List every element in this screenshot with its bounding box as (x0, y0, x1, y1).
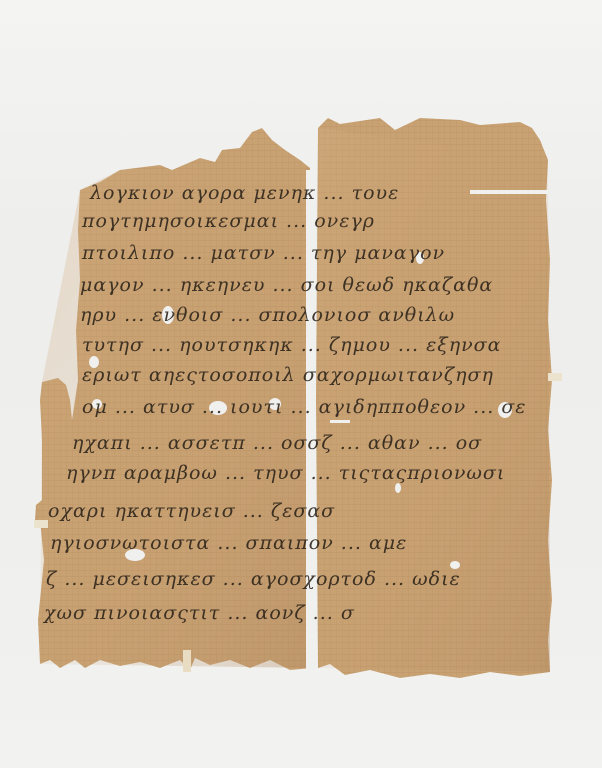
text-line-10: ηγνπ αραμβοω ... τηυσ ... τιςταςπριονωσι (66, 462, 505, 484)
text-line-11: οχαρι ηκαττηυεισ ... ζεσασ (48, 500, 335, 522)
text-line-2: πογτημησοικεσμαι ... ονεγρ (82, 210, 375, 232)
text-line-5: ηρυ ... ενθοισ ... σπολονιοσ ανθιλω (80, 304, 455, 326)
text-line-1: λογκιον αγορα μενηκ ... τουε (90, 182, 399, 204)
papyrus-fragment: λογκιον αγορα μενηκ ... τουε πογτημησοικ… (0, 0, 602, 768)
text-line-8: ομ ... ατυσ ... ιουτι ... αγιδηπποθεον .… (82, 396, 527, 418)
tape-left (34, 520, 48, 528)
text-line-6: τυτησ ... ηουτσηκηκ ... ζημου ... εξηνσα (82, 334, 501, 356)
tape-bottom (183, 650, 191, 672)
text-line-4: μαγον ... ηκεηνευ ... σοι θεωδ ηκαζαθα (80, 274, 493, 296)
text-line-14: χωσ πινοιασςτιτ ... αονζ ... σ (44, 602, 355, 624)
text-line-3: πτοιλιπο ... ματσν ... τηγ μαναγον (82, 242, 445, 264)
text-line-9: ηχαπι ... ασσετπ ... οσσζ ... αθαν ... ο… (72, 432, 482, 454)
text-line-13: ζ ... μεσεισηκεσ ... αγοσχορτοδ ... ωδιε (46, 568, 461, 590)
text-line-12: ηγιοσνωτοιστα ... σπαιπον ... αμε (50, 532, 407, 554)
text-line-7: εριωτ αηεςτοσοποιλ σαχορμωιτανζηση (82, 364, 494, 386)
tape-right (548, 373, 562, 381)
